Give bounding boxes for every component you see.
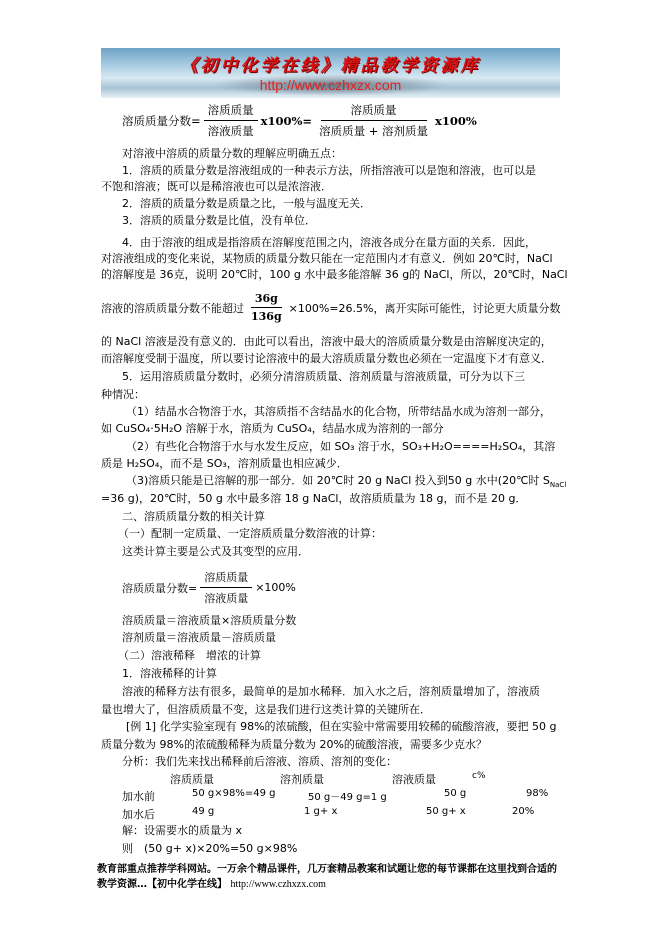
paragraph: 溶液的稀释方法有很多，最简单的是加水稀释．加入水之后，溶剂质量增加了，溶液质	[122, 685, 540, 699]
nacl-fraction-line: 溶液的溶质质量分数不能超过 36g 136g ×100%=26.5%，离开实际可…	[101, 292, 560, 323]
paragraph: =36 g)，20℃时，50 g 水中最多溶 18 g NaCl，故溶质质量为 …	[101, 492, 526, 506]
table-header-row: 溶质质量 溶剂质量 溶液质量 c%	[0, 771, 661, 785]
footer-url[interactable]: http://www.czhxzx.com	[230, 879, 325, 890]
subsection-heading: （二）溶液稀释 增浓的计算	[118, 649, 261, 663]
paragraph: 种情况：	[101, 388, 145, 402]
paragraph: 不饱和溶液；既可以是稀溶液也可以是浓溶液．	[101, 180, 332, 194]
paragraph: 的 NaCl 溶液是没有意义的．由此可以看出，溶液中最大的溶质质量分数是由溶解度…	[101, 335, 552, 349]
banner-url: http://www.czhxzx.com	[101, 77, 560, 93]
solution-text: 解：设需要水的质量为 x	[122, 824, 242, 838]
paragraph: 这类计算主要是公式及其变型的应用．	[122, 545, 309, 559]
paragraph: 对溶液中溶质的质量分数的理解应明确五点：	[122, 147, 342, 161]
example-text: [例 1] 化学实验室现有 98%的浓硫酸，但在实验中常需要用较稀的硫酸溶液，要…	[126, 720, 557, 734]
mass-fraction-formula-simple: 溶质质量分数= 溶质质量 溶液质量 ×100%	[122, 569, 296, 606]
paragraph: 4．由于溶液的组成是指溶质在溶解度范围之内，溶液各成分在量方面的关系．因此，	[122, 236, 536, 250]
site-banner: 《初中化学在线》精品教学资源库 http://www.czhxzx.com	[101, 48, 560, 98]
banner-title: 《初中化学在线》精品教学资源库	[101, 51, 560, 76]
equation: 溶剂质量＝溶液质量－溶质质量	[122, 631, 276, 645]
table-row: 加水后 49 g 1 g+ x 50 g+ x 20%	[0, 806, 661, 820]
example-text: 质量分数为 98%的浓硫酸稀释为质量分数为 20%的硫酸溶液，需要多少克水？	[101, 738, 487, 752]
fraction: 溶质质量 溶液质量	[200, 569, 252, 606]
fraction: 溶质质量 溶液质量	[204, 102, 258, 139]
paragraph: 质是 H₂SO₄，而不是 SO₃，溶剂质量也相应减少．	[101, 457, 348, 471]
section-heading: 二、溶质质量分数的相关计算	[122, 510, 265, 524]
paragraph: 的溶解度是 36克，说明 20℃时，100 g 水中最多能溶解 36 g的 Na…	[101, 268, 568, 282]
paragraph: 3．溶质的质量分数是比值，没有单位．	[122, 214, 316, 228]
paragraph: 对溶液组成的变化来说，某物质的质量分数只能在一定范围内才有意义．例如 20℃时，…	[101, 252, 553, 266]
fraction: 36g 136g	[247, 292, 286, 323]
paragraph: 5．运用溶质质量分数时，必须分清溶质质量、溶剂质量与溶液质量，可分为以下三	[122, 370, 525, 384]
footer-promo-line2: 教学资源…【初中化学在线】 http://www.czhxzx.com	[97, 875, 326, 890]
table-row: 加水前 50 g×98%=49 g 50 g－49 g=1 g 50 g 98%	[0, 788, 661, 802]
equation: 溶质质量＝溶液质量×溶质质量分数	[122, 614, 296, 628]
subsection-heading: （一）配制一定质量、一定溶质质量分数溶液的计算：	[118, 527, 382, 541]
analysis-text: 分析：我们先来找出稀释前后溶液、溶质、溶剂的变化：	[122, 755, 397, 769]
subsection-heading: 1．溶液稀释的计算	[122, 667, 217, 681]
solution-equation: 则 (50 g+ x)×20%=50 g×98%	[122, 842, 297, 856]
fraction: 溶质质量 溶质质量 + 溶剂质量	[315, 102, 432, 139]
paragraph: 而溶解度受制于温度，所以要讨论溶液中的最大溶质质量分数也必须在一定温度下才有意义…	[101, 352, 552, 366]
multiply-100: x100%	[435, 114, 477, 128]
footer-promo: 教育部重点推荐学科网站。一万余个精品课件，几万套精品教案和试题让您的每节课都在这…	[97, 860, 557, 875]
mass-fraction-formula: 溶质质量分数= 溶质质量 溶液质量 x100%= 溶质质量 溶质质量 + 溶剂质…	[122, 102, 477, 139]
formula-lhs: 溶质质量分数=	[122, 113, 201, 129]
paragraph: （2）有些化合物溶于水与水发生反应，如 SO₃ 溶于水，SO₃+H₂O====H…	[126, 440, 555, 454]
paragraph: （3)溶质只能是已溶解的那一部分．如 20℃时 20 g NaCl 投入到50 …	[126, 474, 566, 492]
paragraph: 2．溶质的质量分数是质量之比，一般与温度无关．	[122, 197, 371, 211]
paragraph: 量也增大了，但溶质质量不变，这是我们进行这类计算的关键所在．	[101, 703, 431, 717]
paragraph: 如 CuSO₄·5H₂O 溶解于水，溶质为 CuSO₄，结晶水成为溶剂的一部分	[101, 422, 444, 436]
multiply-100: x100%=	[261, 114, 312, 128]
paragraph: 1．溶质的质量分数是溶液组成的一种表示方法，所指溶液可以是饱和溶液，也可以是	[122, 164, 536, 178]
paragraph: （1）结晶水合物溶于水，其溶质指不含结晶水的化合物，所带结晶水成为溶剂一部分，	[126, 405, 551, 419]
